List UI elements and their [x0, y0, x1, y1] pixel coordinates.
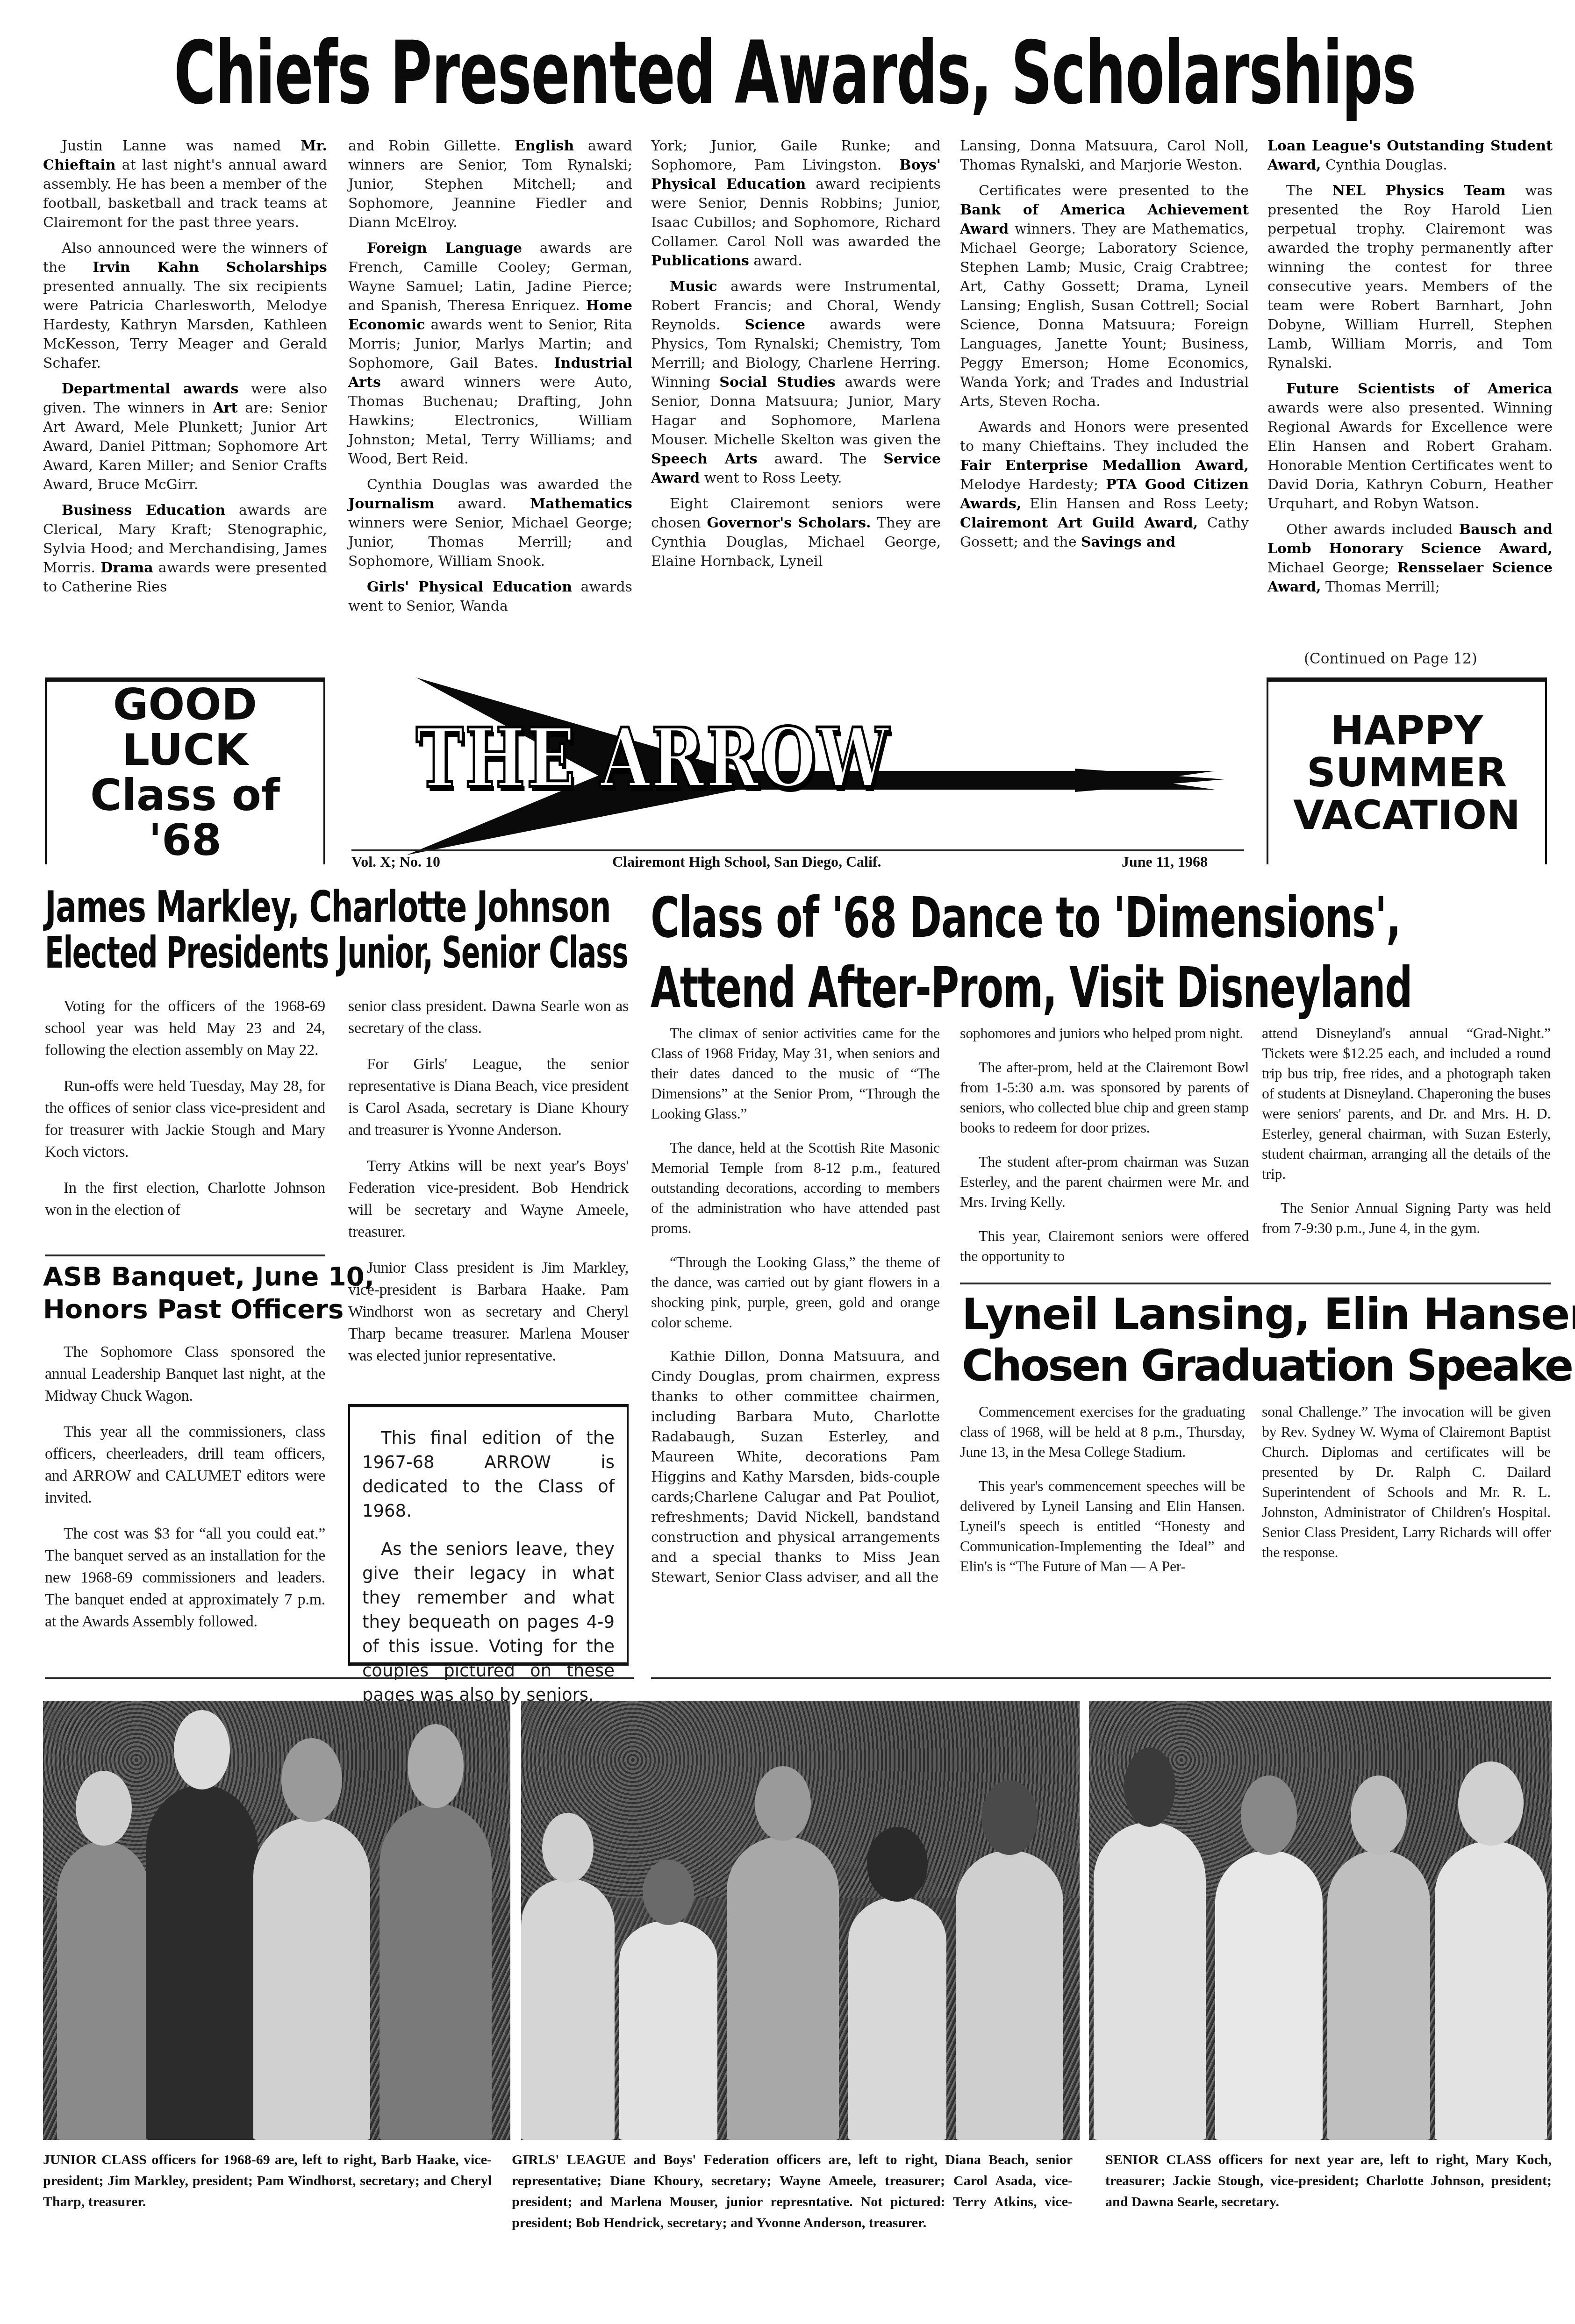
- paragraph: “Through the Looking Glass,” the theme o…: [651, 1252, 940, 1333]
- top-story-col-5: Loan League's Outstanding Student Award,…: [1267, 136, 1553, 603]
- paragraph: attend Disneyland's annual “Grad-Night.”…: [1262, 1023, 1551, 1184]
- paragraph: Junior Class president is Jim Markley, v…: [348, 1257, 629, 1367]
- section-divider: [651, 1677, 1551, 1679]
- paragraph: As the seniors leave, they give their le…: [362, 1537, 615, 1707]
- good-luck-line-1: GOOD: [113, 683, 257, 728]
- paragraph: and Robin Gillette. English award winner…: [348, 136, 632, 232]
- paragraph: Business Education awards are Clerical, …: [43, 501, 327, 597]
- banquet-headline-2: Honors Past Officers: [43, 1294, 344, 1325]
- prom-col-1: The climax of senior activities came for…: [651, 1023, 940, 1602]
- paragraph: Departmental awards were also given. The…: [43, 379, 327, 494]
- paragraph: Justin Lanne was named Mr. Chieftain at …: [43, 136, 327, 232]
- paragraph: Future Scientists of America awards were…: [1267, 379, 1553, 513]
- continued-note: (Continued on Page 12): [1304, 650, 1477, 667]
- paragraph: Run-offs were held Tuesday, May 28, for …: [45, 1075, 325, 1163]
- paragraph: This year all the commissioners, class o…: [45, 1421, 325, 1509]
- prom-headline-2: Attend After-Prom, Visit Disneyland: [651, 958, 1412, 1019]
- school-name: Clairemont High School, San Diego, Calif…: [612, 853, 881, 870]
- junior-class-photo: [43, 1701, 510, 2140]
- paragraph: Also announced were the winners of the I…: [43, 239, 327, 373]
- prom-headline-1: Class of '68 Dance to 'Dimensions',: [651, 888, 1401, 948]
- senior-class-caption: SENIOR CLASS officers for next year are,…: [1105, 2149, 1552, 2212]
- paragraph: Cynthia Douglas was awarded the Journali…: [348, 475, 632, 571]
- senior-class-photo: [1089, 1701, 1552, 2140]
- graduation-headline-1: Lyneil Lansing, Elin Hansen: [962, 1290, 1575, 1340]
- paragraph: This year's commencement speeches will b…: [960, 1476, 1245, 1576]
- summer-line-3: VACATION: [1293, 794, 1520, 836]
- paragraph: Certificates were presented to the Bank …: [960, 181, 1249, 411]
- paragraph: Terry Atkins will be next year's Boys' F…: [348, 1155, 629, 1243]
- paragraph: York; Junior, Gaile Runke; and Sophomore…: [651, 136, 941, 271]
- paragraph: Loan League's Outstanding Student Award,…: [1267, 136, 1553, 175]
- top-story-col-1: Justin Lanne was named Mr. Chieftain at …: [43, 136, 327, 603]
- paragraph: For Girls' League, the senior representa…: [348, 1053, 629, 1141]
- paragraph: Voting for the officers of the 1968-69 s…: [45, 995, 325, 1061]
- prom-col-3: attend Disneyland's annual “Grad-Night.”…: [1262, 1023, 1551, 1252]
- paragraph: Music awards were Instrumental, Robert F…: [651, 277, 941, 488]
- elections-col-2: senior class president. Dawna Searle won…: [348, 995, 629, 1381]
- elections-headline-2: Elected Presidents Junior, Senior Class: [45, 930, 628, 977]
- elections-headline-1: James Markley, Charlotte Johnson: [45, 884, 610, 931]
- paragraph: In the first election, Charlotte Johnson…: [45, 1177, 325, 1221]
- section-divider: [960, 1283, 1551, 1284]
- paragraph: sophomores and juniors who helped prom n…: [960, 1023, 1249, 1043]
- top-story-col-4: Lansing, Donna Matsuura, Carol Noll, Tho…: [960, 136, 1249, 558]
- paragraph: The dance, held at the Scottish Rite Mas…: [651, 1138, 940, 1238]
- paragraph: Lansing, Donna Matsuura, Carol Noll, Tho…: [960, 136, 1249, 175]
- summer-vacation-box: HAPPY SUMMER VACATION: [1267, 677, 1547, 864]
- banquet-headline-1: ASB Banquet, June 10,: [43, 1262, 374, 1292]
- masthead-rule: [351, 849, 1244, 851]
- summer-line-1: HAPPY: [1331, 710, 1483, 752]
- top-headline: Chiefs Presented Awards, Scholarships: [174, 26, 1416, 120]
- paragraph: The climax of senior activities came for…: [651, 1023, 940, 1124]
- section-divider: [45, 1255, 325, 1256]
- graduation-col-2: sonal Challenge.” The invocation will be…: [1262, 1402, 1551, 1576]
- paragraph: Commencement exercises for the graduatin…: [960, 1402, 1245, 1462]
- paragraph: Girls' Physical Education awards went to…: [348, 577, 632, 616]
- paragraph: Awards and Honors were presented to many…: [960, 418, 1249, 552]
- paragraph: The Senior Annual Signing Party was held…: [1262, 1198, 1551, 1238]
- masthead-title: THE ARROW: [416, 710, 890, 806]
- good-luck-line-2: LUCK: [122, 728, 248, 773]
- paragraph: Foreign Language awards are French, Cami…: [348, 239, 632, 469]
- section-divider: [45, 1677, 634, 1679]
- paragraph: senior class president. Dawna Searle won…: [348, 995, 629, 1039]
- issue-date: June 11, 1968: [1122, 853, 1208, 870]
- junior-class-caption: JUNIOR CLASS officers for 1968-69 are, l…: [43, 2149, 492, 2212]
- paragraph: Kathie Dillon, Donna Matsuura, and Cindy…: [651, 1347, 940, 1588]
- girls-league-photo: [521, 1701, 1080, 2140]
- top-story-col-2: and Robin Gillette. English award winner…: [348, 136, 632, 622]
- paragraph: Other awards included Bausch and Lomb Ho…: [1267, 520, 1553, 597]
- summer-line-2: SUMMER: [1307, 752, 1507, 794]
- paragraph: Eight Clairemont seniors were chosen Gov…: [651, 494, 941, 571]
- paragraph: The NEL Physics Team was presented the R…: [1267, 181, 1553, 373]
- dedication-box: This final edition of the 1967-68 ARROW …: [348, 1404, 629, 1666]
- paragraph: This final edition of the 1967-68 ARROW …: [362, 1426, 615, 1523]
- good-luck-line-3: Class of '68: [47, 773, 323, 863]
- banquet-story-body: The Sophomore Class sponsored the annual…: [45, 1341, 325, 1647]
- good-luck-box: GOOD LUCK Class of '68: [45, 677, 325, 864]
- paragraph: The after-prom, held at the Clairemont B…: [960, 1057, 1249, 1138]
- elections-col-1: Voting for the officers of the 1968-69 s…: [45, 995, 325, 1235]
- prom-col-2: sophomores and juniors who helped prom n…: [960, 1023, 1249, 1280]
- paragraph: sonal Challenge.” The invocation will be…: [1262, 1402, 1551, 1562]
- top-story-col-3: York; Junior, Gaile Runke; and Sophomore…: [651, 136, 941, 577]
- paragraph: The Sophomore Class sponsored the annual…: [45, 1341, 325, 1407]
- paragraph: The student after-prom chairman was Suza…: [960, 1152, 1249, 1212]
- paragraph: The cost was $3 for “all you could eat.”…: [45, 1523, 325, 1633]
- paragraph: This year, Clairemont seniors were offer…: [960, 1226, 1249, 1266]
- girls-league-caption: GIRLS' LEAGUE and Boys' Federation offic…: [512, 2149, 1073, 2233]
- volume-number: Vol. X; No. 10: [351, 853, 440, 870]
- graduation-col-1: Commencement exercises for the graduatin…: [960, 1402, 1245, 1590]
- graduation-headline-2: Chosen Graduation Speakers: [962, 1341, 1575, 1391]
